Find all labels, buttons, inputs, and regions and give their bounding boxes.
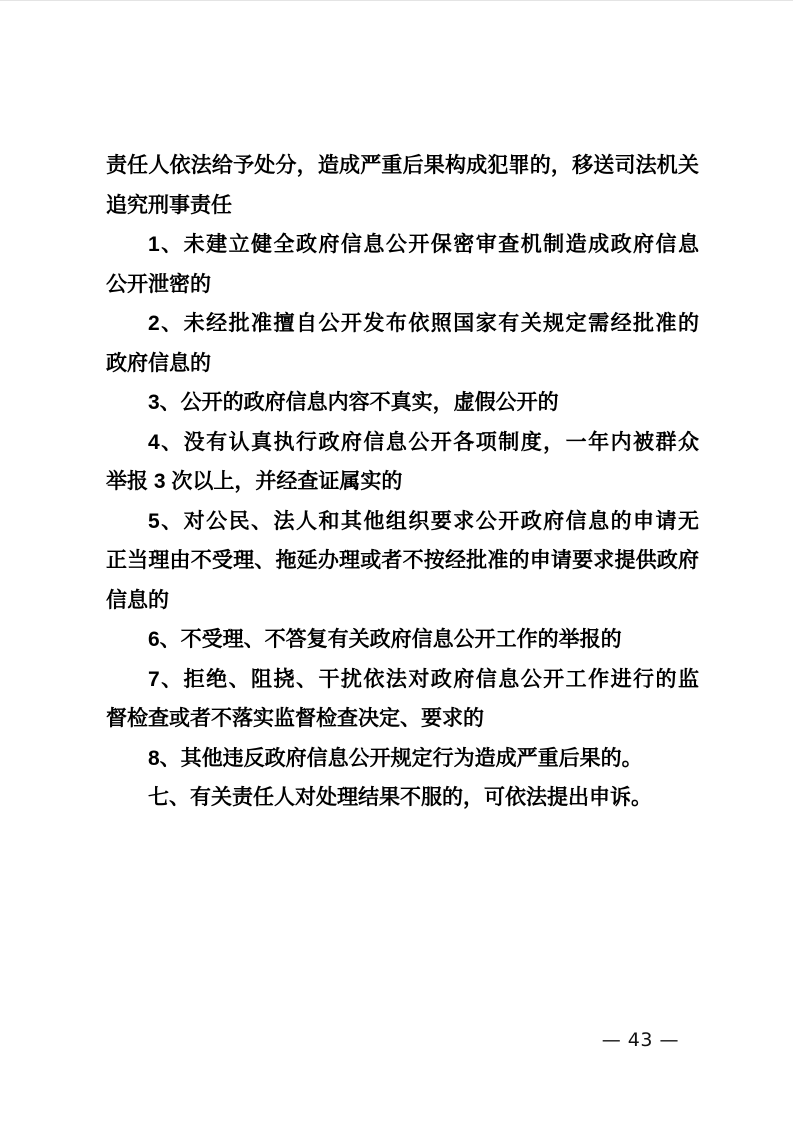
text-line: 举报 3 次以上，并经查证属实的 <box>106 462 699 502</box>
document-body: 责任人依法给予处分，造成严重后果构成犯罪的，移送司法机关 追究刑事责任 1、未建… <box>106 146 699 818</box>
text-line: 公开泄密的 <box>106 265 699 305</box>
text-line: 正当理由不受理、拖延办理或者不按经批准的申请要求提供政府 <box>106 541 699 581</box>
document-page: 责任人依法给予处分，造成严重后果构成犯罪的，移送司法机关 追究刑事责任 1、未建… <box>0 0 793 1122</box>
text-line-item-3: 3、公开的政府信息内容不真实，虚假公开的 <box>106 383 699 423</box>
text-line-item-5: 5、对公民、法人和其他组织要求公开政府信息的申请无 <box>106 502 699 542</box>
text-line-item-4: 4、没有认真执行政府信息公开各项制度，一年内被群众 <box>106 423 699 463</box>
text-line-item-7: 7、拒绝、阻挠、干扰依法对政府信息公开工作进行的监 <box>106 660 699 700</box>
text-line: 政府信息的 <box>106 344 699 384</box>
text-line-item-8: 8、其他违反政府信息公开规定行为造成严重后果的。 <box>106 739 699 779</box>
text-line: 追究刑事责任 <box>106 186 699 226</box>
text-line-clause-7: 七、有关责任人对处理结果不服的，可依法提出申诉。 <box>106 778 699 818</box>
text-line: 督检查或者不落实监督检查决定、要求的 <box>106 699 699 739</box>
text-line-item-2: 2、未经批准擅自公开发布依照国家有关规定需经批准的 <box>106 304 699 344</box>
text-line: 信息的 <box>106 581 699 621</box>
text-line-item-1: 1、未建立健全政府信息公开保密审查机制造成政府信息 <box>106 225 699 265</box>
text-line: 责任人依法给予处分，造成严重后果构成犯罪的，移送司法机关 <box>106 146 699 186</box>
page-number: — 43 — <box>602 1029 679 1051</box>
text-line-item-6: 6、不受理、不答复有关政府信息公开工作的举报的 <box>106 620 699 660</box>
